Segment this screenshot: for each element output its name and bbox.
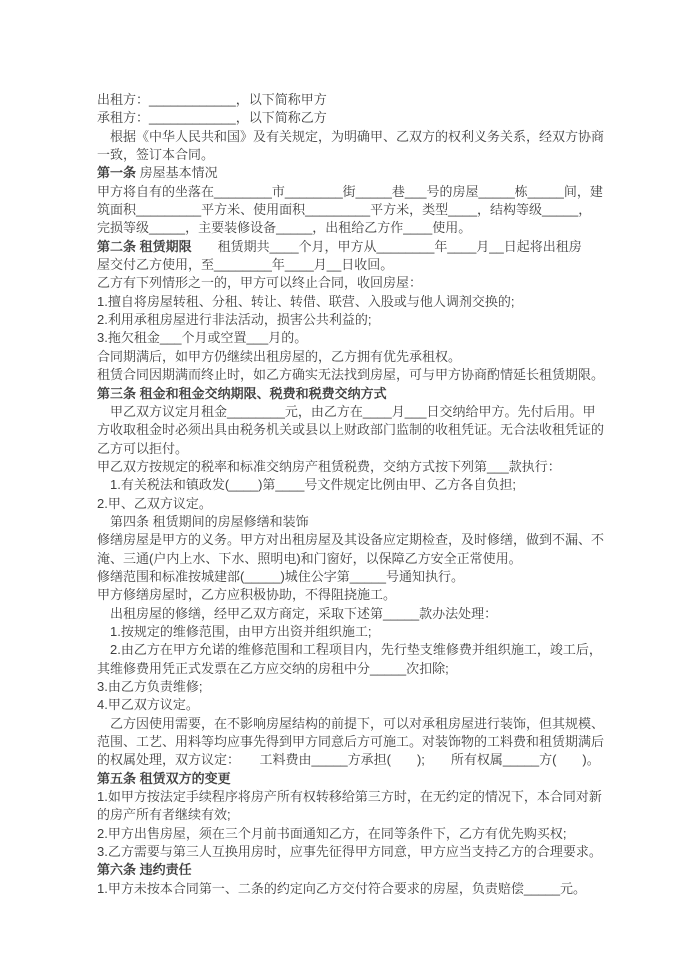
text-line: 合同期满后，如甲方仍继续出租房屋的，乙方拥有优先承租权。 (97, 348, 597, 366)
text-line: 的房产所有者继续有效; (97, 806, 597, 824)
text-line: 乙方有下列情形之一的，甲方可以终止合同，收回房屋： (97, 274, 597, 292)
text-segment: 4.甲乙双方议定。 (97, 697, 199, 712)
text-line: 屋交付乙方使用，至________年____月__日收回。 (97, 256, 597, 274)
text-line: 租赁合同因期满而终止时，如乙方确实无法找到房屋，可与甲方协商酌情延长租赁期限。 (97, 366, 597, 384)
text-line: 1.擅自将房屋转租、分租、转让、转借、联营、入股或与他人调剂交换的; (97, 293, 597, 311)
contract-page: 出租方：____________，以下简称甲方承租方：____________，… (0, 0, 690, 976)
text-line: 3.乙方需要与第三人互换用房时，应事先征得甲方同意，甲方应当支持乙方的合理要求。 (97, 843, 597, 861)
text-segment: 2.甲、乙双方议定。 (97, 496, 212, 511)
text-segment: 2.甲方出售房屋，须在三个月前书面通知乙方，在同等条件下，乙方有优先购买权; (97, 826, 566, 841)
text-line: 第五条 租赁双方的变更 (97, 770, 597, 788)
text-segment: 1.擅自将房屋转租、分租、转让、转借、联营、入股或与他人调剂交换的; (97, 294, 514, 309)
text-segment: 租赁合同因期满而终止时，如乙方确实无法找到房屋，可与甲方协商酌情延长租赁期限。 (97, 367, 604, 382)
text-segment: 淹、三通(户内上水、下水、照明电)和门窗好，以保障乙方安全正常使用。 (97, 551, 522, 566)
text-line: 出租方：____________，以下简称甲方 (97, 91, 597, 109)
text-line: 出租房屋的修缮，经甲乙双方商定，采取下述第_____款办法处理： (97, 605, 597, 623)
text-segment: 乙方因使用需要，在不影响房屋结构的前提下，可以对承租房屋进行装饰，但其规模、 (110, 716, 604, 731)
text-line: 修缮范围和标准按城建部(_____)城住公字第_____号通知执行。 (97, 568, 597, 586)
contract-document-body: 出租方：____________，以下简称甲方承租方：____________，… (97, 91, 597, 898)
text-segment: 3.拖欠租金___个月或空置___月的。 (97, 330, 307, 345)
text-segment: 修缮房屋是甲方的义务。甲方对出租房屋及其设备应定期检查，及时修缮，做到不漏、不 (97, 532, 604, 547)
text-segment: 屋交付乙方使用，至________年____月__日收回。 (97, 257, 393, 272)
text-line: 完损等级_____，主要装修设备_____，出租给乙方作____使用。 (97, 219, 597, 237)
text-segment: 的权属处理，双方议定： 工料费由_____方承担( ); 所有权属_____方(… (97, 752, 600, 767)
text-segment: 3.由乙方负责维修; (97, 679, 202, 694)
text-line: 2.甲方出售房屋，须在三个月前书面通知乙方，在同等条件下，乙方有优先购买权; (97, 825, 597, 843)
text-line: 第四条 租赁期间的房屋修缮和装饰 (97, 513, 597, 531)
text-segment: 3.乙方需要与第三人互换用房时，应事先征得甲方同意，甲方应当支持乙方的合理要求。 (97, 844, 602, 859)
text-line: 的权属处理，双方议定： 工料费由_____方承担( ); 所有权属_____方(… (97, 751, 597, 769)
text-line: 第六条 违约责任 (97, 861, 597, 879)
text-line: 一致，签订本合同。 (97, 146, 597, 164)
text-segment: 乙方有下列情形之一的，甲方可以终止合同，收回房屋： (97, 275, 422, 290)
text-segment: 筑面积_________平方米、使用面积_________平方米，类型____，… (97, 202, 591, 217)
text-line: 甲方将自有的坐落在________市________街_____巷___号的房屋… (97, 183, 597, 201)
text-line: 方收取租金时必须出具由税务机关或县以上财政部门监制的收租凭证。无合法收租凭证的 (97, 421, 597, 439)
text-segment: 租赁期共____个月，甲方从________年____月__日起将出租房 (192, 239, 582, 254)
section-heading: 第五条 租赁双方的变更 (97, 771, 231, 786)
text-segment: 根据《中华人民共和国》及有关规定，为明确甲、乙双方的权利义务关系，经双方协商 (110, 129, 604, 144)
text-line: 其维修费用凭正式发票在乙方应交纳的房租中分_____次扣除; (97, 660, 597, 678)
text-line: 乙方可以拒付。 (97, 440, 597, 458)
text-line: 2.利用承租房屋进行非法活动，损害公共利益的; (97, 311, 597, 329)
text-segment: 1.按规定的维修范围，由甲方出资并组织施工; (110, 624, 371, 639)
text-segment: 方收取租金时必须出具由税务机关或县以上财政部门监制的收租凭证。无合法收租凭证的 (97, 422, 604, 437)
section-heading: 第三条 租金和租金交纳期限、税费和税费交纳方式 (97, 386, 387, 401)
text-line: 1.按规定的维修范围，由甲方出资并组织施工; (97, 623, 597, 641)
section-heading: 第一条 (97, 165, 136, 180)
text-line: 筑面积_________平方米、使用面积_________平方米，类型____，… (97, 201, 597, 219)
section-heading: 第二条 租赁期限 (97, 239, 192, 254)
text-segment: 其维修费用凭正式发票在乙方应交纳的房租中分_____次扣除; (97, 661, 449, 676)
text-line: 范围、工艺、用料等均应事先得到甲方同意后方可施工。对装饰物的工料费和租赁期满后 (97, 733, 597, 751)
text-segment: 合同期满后，如甲方仍继续出租房屋的，乙方拥有优先承租权。 (97, 349, 461, 364)
text-segment: 完损等级_____，主要装修设备_____，出租给乙方作____使用。 (97, 220, 471, 235)
text-line: 3.由乙方负责维修; (97, 678, 597, 696)
text-line: 2.甲、乙双方议定。 (97, 495, 597, 513)
text-segment: 第四条 租赁期间的房屋修缮和装饰 (110, 514, 309, 529)
text-segment: 甲方修缮房屋时，乙方应积极协助，不得阻挠施工。 (97, 587, 396, 602)
text-segment: 2.由乙方在甲方允诺的维修范围和工程项目内，先行垫支维修费并组织施工，竣工后， (110, 642, 602, 657)
text-segment: 甲方将自有的坐落在________市________街_____巷___号的房屋… (97, 184, 603, 199)
text-segment: 一致，签订本合同。 (97, 147, 214, 162)
text-segment: 乙方可以拒付。 (97, 441, 188, 456)
text-segment: 范围、工艺、用料等均应事先得到甲方同意后方可施工。对装饰物的工料费和租赁期满后 (97, 734, 604, 749)
text-segment: 出租方：____________，以下简称甲方 (97, 92, 327, 107)
text-segment: 修缮范围和标准按城建部(_____)城住公字第_____号通知执行。 (97, 569, 464, 584)
text-line: 甲乙双方议定月租金________元，由乙方在____月___日交纳给甲方。先付… (97, 403, 597, 421)
text-segment: 1.如甲方按法定手续程序将房产所有权转移给第三方时，在无约定的情况下，本合同对新 (97, 789, 602, 804)
text-line: 1.甲方未按本合同第一、二条的约定向乙方交付符合要求的房屋，负责赔偿_____元… (97, 880, 597, 898)
text-line: 根据《中华人民共和国》及有关规定，为明确甲、乙双方的权利义务关系，经双方协商 (97, 128, 597, 146)
text-line: 乙方因使用需要，在不影响房屋结构的前提下，可以对承租房屋进行装饰，但其规模、 (97, 715, 597, 733)
text-segment: 2.利用承租房屋进行非法活动，损害公共利益的; (97, 312, 371, 327)
text-line: 淹、三通(户内上水、下水、照明电)和门窗好，以保障乙方安全正常使用。 (97, 550, 597, 568)
text-line: 2.由乙方在甲方允诺的维修范围和工程项目内，先行垫支维修费并组织施工，竣工后， (97, 641, 597, 659)
text-segment: 出租房屋的修缮，经甲乙双方商定，采取下述第_____款办法处理： (110, 606, 497, 621)
text-segment: 承租方：____________，以下简称乙方 (97, 110, 327, 125)
text-line: 3.拖欠租金___个月或空置___月的。 (97, 329, 597, 347)
text-line: 4.甲乙双方议定。 (97, 696, 597, 714)
text-segment: 1.甲方未按本合同第一、二条的约定向乙方交付符合要求的房屋，负责赔偿_____元… (97, 881, 586, 896)
text-line: 第一条 房屋基本情况 (97, 164, 597, 182)
text-line: 1.如甲方按法定手续程序将房产所有权转移给第三方时，在无约定的情况下，本合同对新 (97, 788, 597, 806)
text-segment: 的房产所有者继续有效; (97, 807, 231, 822)
text-segment: 房屋基本情况 (136, 165, 218, 180)
text-line: 第二条 租赁期限 租赁期共____个月，甲方从________年____月__日… (97, 238, 597, 256)
text-segment: 1.有关税法和镇政发(____)第____号文件规定比例由甲、乙方各自负担; (110, 477, 516, 492)
text-segment: 甲乙双方按规定的税率和标准交纳房产租赁税费，交纳方式按下列第___款执行： (97, 459, 561, 474)
text-line: 第三条 租金和租金交纳期限、税费和税费交纳方式 (97, 385, 597, 403)
text-segment: 甲乙双方议定月租金________元，由乙方在____月___日交纳给甲方。先付… (110, 404, 595, 419)
text-line: 1.有关税法和镇政发(____)第____号文件规定比例由甲、乙方各自负担; (97, 476, 597, 494)
text-line: 甲乙双方按规定的税率和标准交纳房产租赁税费，交纳方式按下列第___款执行： (97, 458, 597, 476)
text-line: 甲方修缮房屋时，乙方应积极协助，不得阻挠施工。 (97, 586, 597, 604)
text-line: 承租方：____________，以下简称乙方 (97, 109, 597, 127)
text-line: 修缮房屋是甲方的义务。甲方对出租房屋及其设备应定期检查，及时修缮，做到不漏、不 (97, 531, 597, 549)
section-heading: 第六条 违约责任 (97, 862, 192, 877)
